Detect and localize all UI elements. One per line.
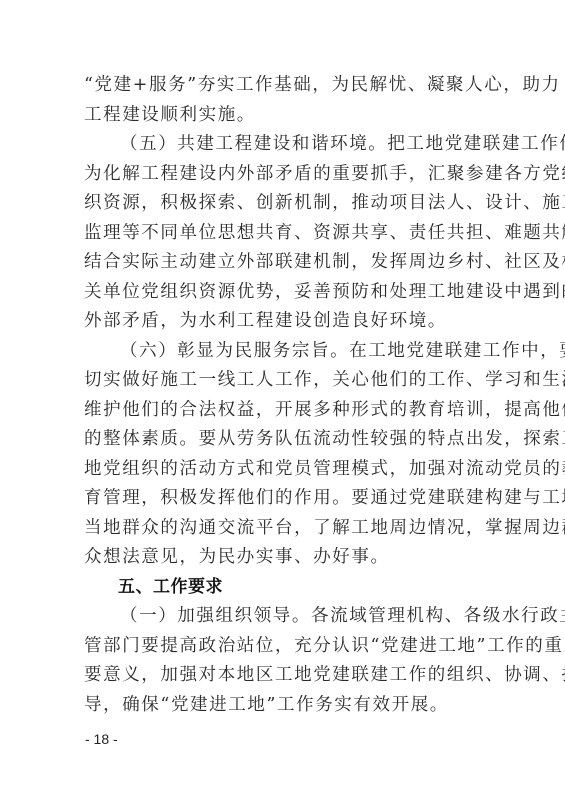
- text-line: 众想法意见，为民办实事、办好事。: [84, 543, 480, 573]
- text-line: 结合实际主动建立外部联建机制，发挥周边乡村、社区及相: [84, 248, 480, 278]
- paragraph-start-line: （五）共建工程建设和谐环境。把工地党建联建工作作: [84, 130, 480, 160]
- text-line: “党建+服务”夯实工作基础，为民解忧、凝聚人心，助力: [84, 71, 480, 101]
- document-body: “党建+服务”夯实工作基础，为民解忧、凝聚人心，助力 工程建设顺利实施。 （五）…: [84, 71, 480, 720]
- text-line: 外部矛盾，为水利工程建设创造良好环境。: [84, 307, 480, 337]
- text-line: 地党组织的活动方式和党员管理模式，加强对流动党员的教: [84, 455, 480, 485]
- text-line: 导，确保“党建进工地”工作务实有效开展。: [84, 691, 480, 721]
- text-line: 要意义，加强对本地区工地党建联建工作的组织、协调、指: [84, 661, 480, 691]
- text-line: 工程建设顺利实施。: [84, 101, 480, 131]
- paragraph-start-line: （六）彰显为民服务宗旨。在工地党建联建工作中，要: [84, 337, 480, 367]
- text-line: 为化解工程建设内外部矛盾的重要抓手，汇聚参建各方党组: [84, 160, 480, 190]
- text-line: 的整体素质。要从劳务队伍流动性较强的特点出发，探索工: [84, 425, 480, 455]
- text-line: 维护他们的合法权益，开展多种形式的教育培训，提高他们: [84, 396, 480, 426]
- text-line: 育管理，积极发挥他们的作用。要通过党建联建构建与工地: [84, 484, 480, 514]
- section-heading: 五、工作要求: [84, 573, 480, 603]
- paragraph-start-line: （一）加强组织领导。各流域管理机构、各级水行政主: [84, 602, 480, 632]
- document-page: “党建+服务”夯实工作基础，为民解忧、凝聚人心，助力 工程建设顺利实施。 （五）…: [0, 0, 565, 800]
- text-line: 管部门要提高政治站位，充分认识“党建进工地”工作的重: [84, 632, 480, 662]
- text-line: 当地群众的沟通交流平台，了解工地周边情况，掌握周边群: [84, 514, 480, 544]
- text-line: 关单位党组织资源优势，妥善预防和处理工地建设中遇到的: [84, 278, 480, 308]
- page-number: - 18 -: [85, 731, 118, 747]
- text-line: 监理等不同单位思想共育、资源共享、责任共担、难题共解。: [84, 219, 480, 249]
- text-line: 切实做好施工一线工人工作，关心他们的工作、学习和生活，: [84, 366, 480, 396]
- text-line: 织资源，积极探索、创新机制，推动项目法人、设计、施工、: [84, 189, 480, 219]
